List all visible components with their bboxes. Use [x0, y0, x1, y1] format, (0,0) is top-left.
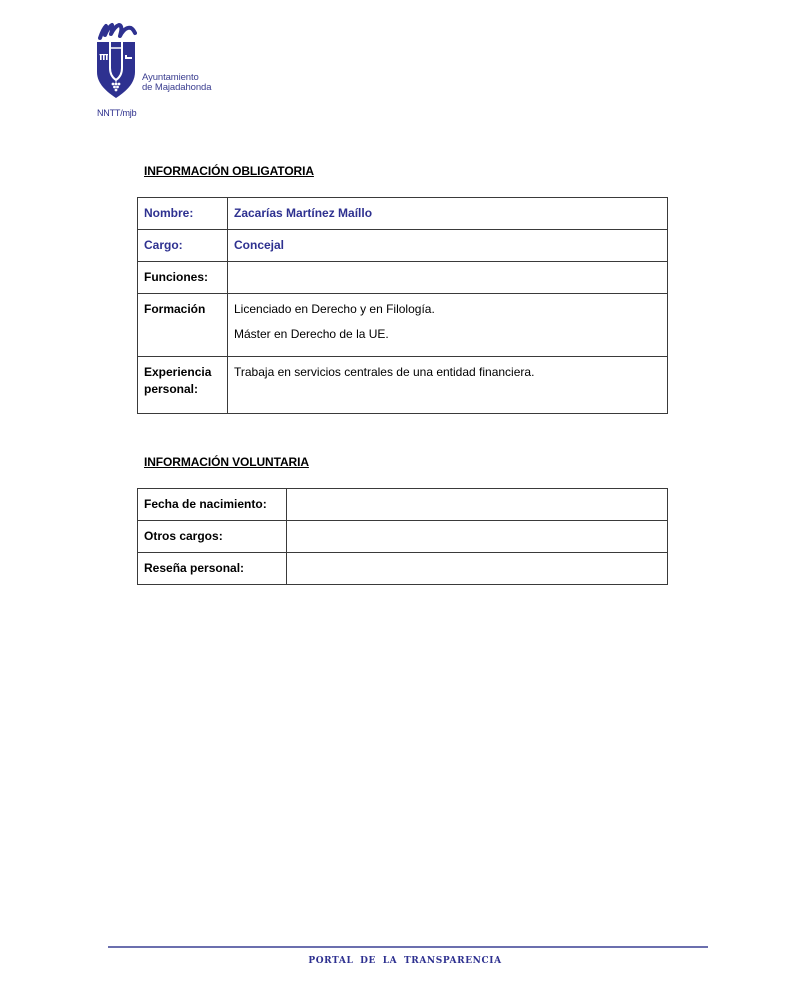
municipal-logo: Ayuntamiento de Majadahonda: [95, 22, 220, 100]
nombre-value: Zacarías Martínez Maíllo: [228, 198, 668, 230]
table-row-cargo: Cargo: Concejal: [138, 230, 668, 262]
table-row-fecha-nacimiento: Fecha de nacimiento:: [138, 489, 668, 521]
table-row-funciones: Funciones:: [138, 262, 668, 294]
row-label: Nombre:: [138, 198, 228, 230]
fecha-nacimiento-value: [287, 489, 668, 521]
otros-cargos-value: [287, 521, 668, 553]
obligatory-info-table: Nombre: Zacarías Martínez Maíllo Cargo: …: [137, 197, 668, 414]
resena-personal-value: [287, 553, 668, 585]
table-row-resena-personal: Reseña personal:: [138, 553, 668, 585]
majadahonda-coat-of-arms-icon: [95, 22, 137, 100]
footer-divider: [108, 946, 708, 948]
formacion-value: Licenciado en Derecho y en Filología. Má…: [228, 294, 668, 357]
formacion-line: Licenciado en Derecho y en Filología.: [234, 301, 661, 318]
experiencia-value: Trabaja en servicios centrales de una en…: [228, 357, 668, 414]
row-label: Experiencia personal:: [138, 357, 228, 414]
funciones-value: [228, 262, 668, 294]
row-label: Reseña personal:: [138, 553, 287, 585]
table-row-experiencia: Experiencia personal: Trabaja en servici…: [138, 357, 668, 414]
row-label: Funciones:: [138, 262, 228, 294]
logo-text: Ayuntamiento de Majadahonda: [142, 73, 211, 93]
table-row-otros-cargos: Otros cargos:: [138, 521, 668, 553]
table-row-nombre: Nombre: Zacarías Martínez Maíllo: [138, 198, 668, 230]
footer-title: PORTAL DE LA TRANSPARENCIA: [0, 956, 792, 966]
row-label: Otros cargos:: [138, 521, 287, 553]
formacion-line: Máster en Derecho de la UE.: [234, 326, 661, 343]
cargo-value: Concejal: [228, 230, 668, 262]
logo-line-2: de Majadahonda: [142, 83, 211, 93]
section-title-obligatoria: INFORMACIÓN OBLIGATORIA: [144, 164, 314, 178]
row-label: Cargo:: [138, 230, 228, 262]
table-row-formacion: Formación Licenciado en Derecho y en Fil…: [138, 294, 668, 357]
row-label: Formación: [138, 294, 228, 357]
section-title-voluntaria: INFORMACIÓN VOLUNTARIA: [144, 455, 309, 469]
reference-code: NNTT/mjb: [97, 108, 136, 118]
voluntary-info-table: Fecha de nacimiento: Otros cargos: Reseñ…: [137, 488, 668, 585]
row-label: Fecha de nacimiento:: [138, 489, 287, 521]
